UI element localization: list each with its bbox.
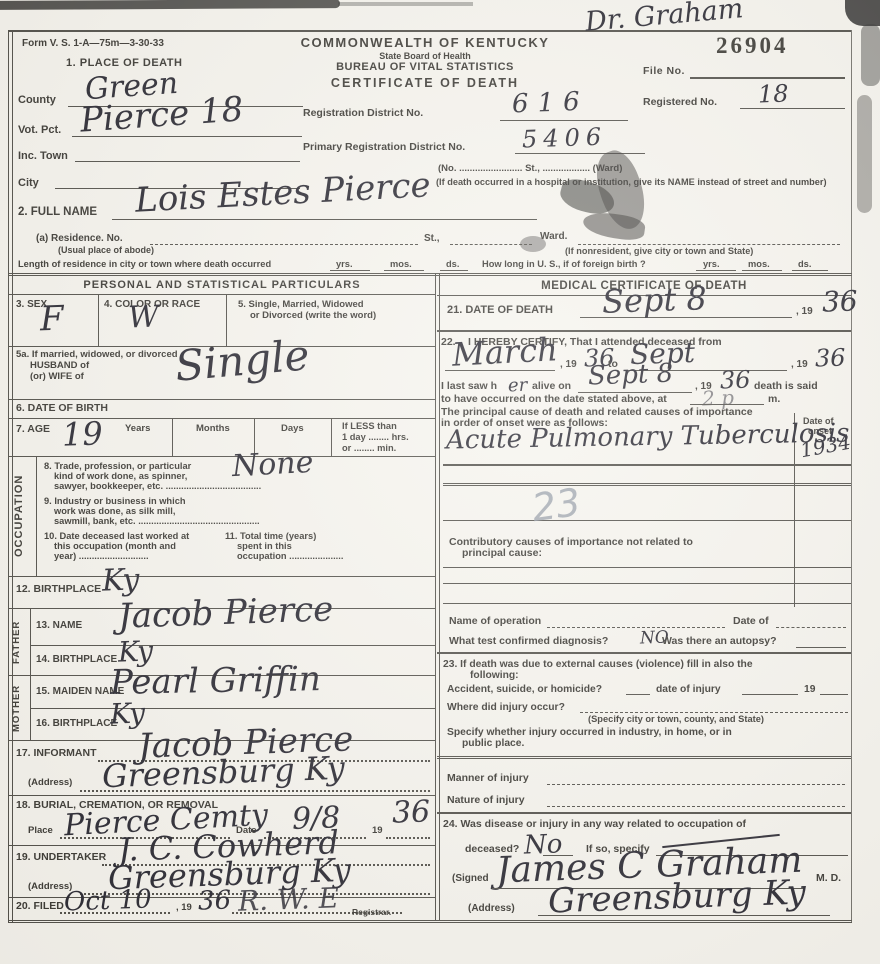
cause-onset-value: 1934 [799,432,853,461]
specify-text-2: public place. [462,738,524,750]
age-months-label: Months [196,424,230,435]
to-year-prefix: , 19 [791,359,808,370]
father-name-rule [30,645,435,646]
occ9-label-3: sawmill, bank, etc. ....................… [54,516,260,526]
attended-from-line [445,370,555,371]
city-label: City [18,177,39,189]
file-no-line [690,77,845,79]
operation-line [547,627,725,628]
external-causes-text-1: 23. If death was due to external causes … [443,659,753,671]
q24-text: 24. Was disease or injury in any way rel… [443,819,746,831]
primary-district-label: Primary Registration District No. [303,142,465,154]
scan-smudge-corner [845,0,880,26]
full-name-value: Lois Estes Pierce [134,168,431,217]
accident-line [626,694,650,695]
sex-race-divider [98,294,99,346]
primary-district-line [515,153,645,154]
length-ds-line [440,270,468,271]
last-saw-text-1: I last saw h [441,381,497,393]
occ10-label-2: this occupation (month and [54,541,176,551]
age-less-label-1: If LESS than [342,421,397,431]
informant-rule [8,795,435,796]
occ10-label-3: year) ........................... [54,551,149,561]
date-of-death-label: 21. DATE OF DEATH [447,304,553,316]
filed-year-value: 36 [198,887,232,914]
filed-label: 20. FILED [16,901,64,913]
residence-ward-line [578,244,840,245]
personal-title-rule [8,294,435,295]
occ8-label-3: sawyer, bookkeeper, etc. ...............… [54,481,261,491]
date-of-death-year-prefix: , 19 [796,306,813,317]
us-mos-label: mos. [748,259,770,269]
inc-town-line [75,161,300,162]
us-ds-line [792,270,828,271]
occ11-label-1: 11. Total time (years) [225,531,316,541]
length-mos-label: mos. [390,259,412,269]
age-less-label-3: or ........ min. [342,443,396,453]
occurred-line [690,404,764,405]
row5a-rule [8,399,435,400]
occ11-label-3: occupation ..................... [237,551,343,561]
contributory-rule-2 [443,583,851,584]
occupation-value: None [231,448,314,482]
occurred-m-label: m. [768,394,780,406]
residence-label: (a) Residence. No. [36,233,123,244]
autopsy-line [796,647,846,648]
us-mos-line [742,270,782,271]
age-row-rule [8,456,435,457]
mother-birthplace-value: Ky [110,699,146,728]
dob-label: 6. DATE OF BIRTH [16,403,108,415]
occupation-divider [36,456,37,576]
residence-st-line [450,244,532,245]
death-certificate-scan: Form V. S. 1-A—75m—3-30-33 1. PLACE OF D… [0,0,880,964]
date-of-death-rule [437,330,851,332]
personal-title: PERSONAL AND STATISTICAL PARTICULARS [10,279,434,291]
injury-year-prefix: 19 [804,684,815,696]
length-yrs-line [330,270,370,271]
age-col-divider-3 [331,418,332,456]
test-rule [437,652,851,654]
length-residence-label: Length of residence in city or town wher… [18,259,271,269]
age-col-divider-1 [172,418,173,456]
age-years-label: Years [125,424,150,435]
center-divider [435,274,440,920]
cause-rule-3 [443,520,851,521]
registered-no-label: Registered No. [643,97,717,109]
scan-smudge-top [0,0,340,10]
registrar-label: Registrar. [352,908,391,918]
father-name-value: Jacob Pierce [117,592,333,633]
burial-year-prefix: 19 [372,826,383,837]
mother-name-value: Pearl Griffin [110,662,321,700]
physician-address-line [538,915,830,916]
occ9-label-1: 9. Industry or business in which [44,496,186,506]
injury-section-rule [437,755,851,759]
age-less-label-2: 1 day ........ hrs. [342,432,409,442]
frame-bottom-rule [8,919,852,923]
certificate-serial-number: 26904 [716,33,789,59]
contributory-text-2: principal cause: [462,548,542,560]
last-saw-value: Sept 8 [588,361,674,390]
filed-year-prefix: , 19 [176,903,192,914]
injury-year-line [820,694,848,695]
title-commonwealth: COMMONWEALTH OF KENTUCKY [270,36,580,51]
occ8-label-1: 8. Trade, profession, or particular [44,461,191,471]
registration-district-value: 616 [512,89,590,118]
date-of-death-year: 36 [822,287,859,316]
us-yrs-line [696,270,736,271]
injury-rule [437,812,851,814]
informant-address-label: (Address) [28,778,72,789]
residence-ward-label: Ward. [540,231,567,242]
physician-address-value: Greensburg Ky [547,876,806,919]
registration-district-line [500,120,628,121]
full-name-line [112,219,537,220]
scan-smudge-right-edge [861,24,880,86]
to-year-value: 36 [815,345,846,370]
cause-rule-1 [443,464,851,466]
pencil-stamp-23: 23 [530,483,583,527]
registered-no-line [740,108,845,109]
burial-year-leader [386,837,430,839]
father-birthplace-label: 14. BIRTHPLACE [36,654,117,665]
file-no-label: File No. [643,66,685,78]
autopsy-label: Was there an autopsy? [662,636,777,648]
form-number: Form V. S. 1-A—75m—3-30-33 [22,38,164,49]
age-label: 7. AGE [16,424,50,436]
length-ds-label: ds. [446,259,459,269]
accident-label: Accident, suicide, or homicide? [447,684,602,696]
contributory-rule-3 [443,603,851,604]
occ11-label-2: spent in this [237,541,292,551]
residence-st-label: St., [424,233,440,244]
contributory-rule-1 [443,567,851,568]
undertaker-label: 19. UNDERTAKER [16,852,106,864]
mother-birthplace-label: 16. BIRTHPLACE [36,718,117,729]
street-ward-note: (No. ........................ St., .....… [438,164,622,175]
length-mos-line [384,270,424,271]
injury-date-line [742,694,798,695]
length-yrs-label: yrs. [336,259,353,269]
date-of-death-value: Sept 8 [601,282,707,318]
operation-date-label: Date of [733,616,769,628]
age-days-label: Days [281,424,304,435]
filed-date-leader [60,912,170,914]
title-state-board: State Board of Health [270,51,580,61]
occ8-label-2: kind of work done, as spinner, [54,471,187,481]
where-injury-line [580,712,848,713]
marital-label-2: or Divorced (write the word) [250,311,376,322]
informant-address-value: Greensburg Ky [102,752,346,792]
voting-precinct-value: Pierce 18 [79,92,244,137]
operation-date-line [776,627,846,628]
from-year-prefix: , 19 [560,359,577,370]
father-vertical-label: FATHER [12,612,23,672]
manner-of-injury-label: Manner of injury [447,773,529,785]
last-saw-text-2: alive on [532,381,571,393]
frame-top-rule [8,30,852,32]
title-bureau: BUREAU OF VITAL STATISTICS [270,61,580,73]
attended-from-value: March [451,333,558,370]
father-divider [30,608,31,675]
where-injury-label: Where did injury occur? [447,702,565,714]
abode-note: (Usual place of abode) [58,245,154,255]
full-name-label: 2. FULL NAME [18,206,97,219]
voting-precinct-label: Vot. Pct. [18,124,61,136]
cause-rule-2 [443,482,851,486]
frame-right-border [851,30,852,923]
birthplace-label: 12. BIRTHPLACE [16,584,101,596]
nature-of-injury-line [547,806,845,807]
cause-of-death-value: Acute Pulmonary Tuberculosis [446,420,850,453]
signed-label: (Signed [452,873,489,884]
burial-place-label: Place [28,826,53,837]
md-label: M. D. [816,873,841,885]
occupation-rule [8,576,435,577]
occ9-label-2: work was done, as silk mill, [54,506,175,516]
scan-smudge-top-2 [338,2,473,6]
residence-line [150,244,418,245]
inc-town-label: Inc. Town [18,150,68,162]
sex-value: F [39,302,64,337]
occ10-label-1: 10. Date deceased last worked at [44,531,189,541]
mother-vertical-label: MOTHER [12,678,23,738]
burial-year-value: 36 [391,797,430,828]
us-length-label: How long in U. S., if of foreign birth ? [482,259,646,269]
columns-divider-rule [8,272,852,276]
county-label: County [18,94,56,106]
informant-label: 17. INFORMANT [16,748,97,760]
race-value: W [127,302,159,333]
us-yrs-label: yrs. [703,259,720,269]
registration-district-label: Registration District No. [303,108,423,120]
age-value: 19 [61,417,103,450]
manner-of-injury-line [547,784,845,785]
occurred-text: to have occurred on the date stated abov… [441,394,667,406]
operation-label: Name of operation [449,616,541,628]
marital-status-value: Single [173,334,311,388]
nature-of-injury-label: Nature of injury [447,795,525,807]
specify-text-1: Specify whether injury occurred in indus… [447,727,732,739]
occupation-vertical-label: OCCUPATION [13,462,25,570]
scan-smudge-right-streak [857,95,872,213]
mother-name-rule [30,708,435,709]
physician-address-label: (Address) [468,903,515,914]
married-label-3: (or) WIFE of [30,372,84,383]
where-injury-note: (Specify city or town, county, and State… [588,714,764,724]
death-is-said: death is said [754,381,818,393]
injury-date-label: date of injury [656,684,721,696]
father-name-label: 13. NAME [36,620,82,631]
test-label: What test confirmed diagnosis? [449,636,608,648]
registered-no-value: 18 [758,81,789,106]
primary-district-value: 5406 [522,125,608,152]
external-causes-text-2: following: [470,670,519,682]
birthplace-value: Ky [101,565,139,596]
nonresident-note: (If nonresident, give city or town and S… [565,246,753,256]
us-ds-label: ds. [798,259,811,269]
